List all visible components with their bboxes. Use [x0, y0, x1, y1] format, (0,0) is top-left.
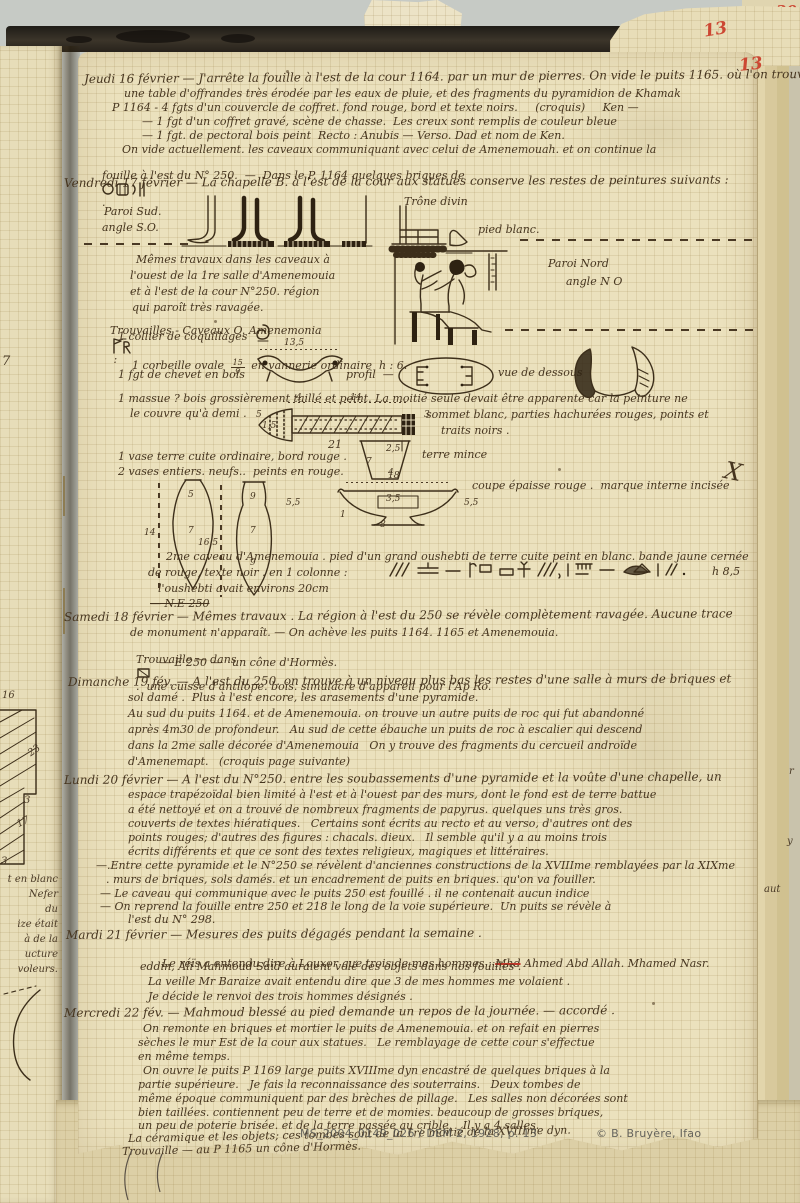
margin-fragment: à de la	[2, 934, 58, 945]
entry-line: partie supérieure. Je fais la reconnaiss…	[138, 1079, 581, 1091]
sketch-paroi-nord-figures	[392, 248, 507, 348]
scanned-journal-page: { "page": { "red_number_behind": "13", "…	[0, 0, 800, 1203]
entry-line: espace trapézoïdal bien limité à l'est e…	[128, 789, 656, 801]
entry-line: une table d'offrandes très érodée par le…	[124, 88, 681, 100]
entry-date-mercredi22: Mercredi 22 fév. — Mahmoud blessé au pie…	[64, 1004, 615, 1019]
margin-fragment: y	[787, 836, 793, 847]
entry-line: terre mince	[422, 449, 487, 461]
margin-fragment: r	[789, 766, 794, 777]
measure-value: 7	[188, 526, 194, 536]
entry-line: bien taillées. contiennent peu de terre …	[138, 1107, 603, 1119]
entry-line: de rouge, texte noir . en 1 colonne :	[148, 567, 347, 579]
sketch-paroi-sud-legs	[182, 196, 372, 251]
entry-line: a été nettoyé et on a trouvé de nombreux…	[128, 804, 622, 816]
entry-line: de monument n'apparaît. — On achève les …	[130, 627, 558, 639]
measure-value: 16,5	[198, 538, 218, 548]
entry-line: sèches le mur Est de la cour aux statues…	[138, 1037, 595, 1049]
entry-line: même époque communiquent par des brèches…	[138, 1093, 628, 1105]
margin-fragment: ucture	[2, 949, 58, 960]
sketch-shell	[254, 323, 272, 343]
margin-number: 7	[2, 354, 10, 369]
entry-date-dimanche19: Dimanche 19 fév. — A l'est du 250. on tr…	[68, 673, 731, 688]
entry-line: Je décide le renvoi des trois hommes dés…	[148, 991, 413, 1003]
sketch-margin-plan	[0, 698, 64, 876]
sketch-baseline-dashed	[84, 243, 196, 245]
sketch-baseline-dashed	[520, 239, 752, 241]
sketch-label-paroi-sud: Paroi Sud.	[104, 206, 162, 218]
margin-number: 3	[24, 795, 30, 806]
entry-line: 1 vase terre cuite ordinaire, bord rouge…	[118, 451, 347, 463]
entry-line: coupe épaisse rouge . marque interne inc…	[472, 480, 730, 492]
entry-line: dans la 2me salle décorée d'Amenemouia O…	[128, 740, 637, 752]
watermark-id: MS_2004_0149_026 / DEM 2, 1928, p. 13	[300, 1127, 537, 1140]
sketch-label-pied-blanc: pied blanc.	[478, 224, 539, 236]
entry-line: écrits différents et que ce sont des tex…	[128, 846, 549, 858]
measure-value: 2,5	[386, 444, 400, 454]
measure-value: 14	[144, 528, 155, 538]
margin-fragment: t en blanc	[2, 874, 58, 885]
entry-line: l'oushebti avait environs 20cm	[158, 583, 329, 595]
measure-value: 3,5	[386, 494, 400, 504]
entry-line: — 1 fgt d'un coffret gravé, scène de cha…	[142, 116, 617, 128]
hieroglyph-column-transcription-icon	[384, 560, 694, 580]
entry-line: l'est du N° 298.	[128, 914, 215, 926]
entry-line: eddin, Ali Mahmoud Saïd auraient volé de…	[140, 961, 521, 973]
sketch-label-angle-no: angle N O	[566, 276, 622, 288]
entry-date-mardi21: Mardi 21 février — Mesures des puits dég…	[66, 927, 482, 941]
margin-number: 3	[1, 856, 7, 867]
sketch-chevet-dessous	[396, 355, 496, 397]
entry-line: — Le caveau qui communique avec le puits…	[100, 888, 589, 900]
margin-fragment: du	[2, 904, 58, 915]
measure-value: h 8,5	[712, 566, 740, 578]
measure-value: 7	[366, 457, 372, 467]
entry-line: On vide actuellement. les caveaux commun…	[122, 144, 656, 156]
sketch-label-paroi-nord: Paroi Nord	[548, 258, 609, 270]
entry-line: Au sud du puits 1164. et de Amenemouia. …	[128, 708, 644, 720]
entry-line: profil —	[346, 369, 394, 381]
content-overlay: 13 13 Jeudi 16 février — J'arrête la fou…	[0, 0, 800, 1203]
sketch-chevet-profil	[256, 351, 344, 391]
entry-line: sommet blanc, parties hachurées rouges, …	[426, 409, 709, 421]
margin-fragment: Nefer	[2, 889, 58, 900]
sketch-coupe	[336, 484, 460, 532]
margin-fragment: ize était	[2, 919, 58, 930]
entry-line: l'ouest de la 1re salle d'Amenemouia	[130, 270, 335, 282]
entry-text: Ahmed Abd Allah. Mhamed Nasr.	[521, 957, 710, 970]
entry-line: sol damé . Plus à l'est encore, les aras…	[128, 692, 478, 704]
entry-text: :	[110, 353, 117, 366]
entry-line: Mêmes travaux dans les caveaux à	[136, 254, 330, 266]
measure-line	[260, 349, 340, 350]
entry-line: On remonte en briques et mortier le puit…	[143, 1023, 599, 1035]
entry-line: . murs de briques, sols damés. et un enc…	[106, 874, 596, 886]
entry-line: —.Entre cette pyramide et le N°250 se ré…	[96, 860, 735, 872]
red-folio-behind: 13	[702, 18, 729, 42]
page-curl-marks	[118, 1148, 188, 1202]
measure-value: 5	[188, 490, 194, 500]
entry-line: 1 fgt de chevet en bois	[118, 369, 245, 381]
measure-line	[220, 485, 222, 597]
entry-line: points rouges; d'autres des figures : ch…	[128, 832, 607, 844]
entry-date-samedi18: Samedi 18 février — Mêmes travaux . La r…	[64, 607, 733, 623]
entry-line-struck: — N.E 250	[150, 598, 209, 610]
measure-value: 14	[350, 393, 361, 403]
entry-line: le couvre qu'à demi .	[130, 408, 247, 420]
sketch-margin-curve	[0, 984, 60, 1084]
measure-value: 18	[388, 471, 399, 481]
entry-line: couverts de textes hiératiques. Certains…	[128, 818, 632, 830]
entry-line: d'Amenemapt. (croquis page suivante)	[128, 756, 350, 768]
entry-line: — 1 fgt. de pectoral bois peint Recto : …	[142, 130, 565, 142]
entry-line: La veille Mr Baraize avait entendu dire …	[148, 976, 570, 988]
margin-fragment: voleurs.	[2, 964, 58, 975]
entry-line: — E 250 — un cône d'Hormès.	[160, 657, 337, 669]
measure-value: 5,5	[464, 498, 478, 508]
entry-line: P 1164 - 4 fgts d'un couvercle de coffre…	[112, 102, 639, 114]
measure-value: 8	[380, 520, 386, 530]
sketch-baseline-dashed	[505, 329, 760, 331]
margin-fragment: aut	[764, 884, 780, 895]
entry-line: et à l'est de la cour N°250. région	[130, 286, 320, 298]
measure-value: 7	[250, 526, 256, 536]
entry-date-vendredi17: Vendredi 17 février — La chapelle B. à l…	[64, 174, 729, 189]
entry-line: 2 vases entiers. neufs.. peints en rouge…	[118, 466, 344, 478]
entry-line: après 4m30 de profondeur. Au sud de cett…	[128, 724, 642, 736]
entry-date-jeudi16: Jeudi 16 février — J'arrête la fouille à…	[84, 68, 800, 85]
watermark-credit: © B. Bruyère, Ifao	[596, 1127, 701, 1140]
measure-line	[346, 482, 450, 483]
entry-line: traits noirs .	[441, 425, 509, 437]
measure-value: 13,5	[284, 338, 304, 348]
measure-value: 1	[340, 510, 346, 520]
incised-mark-x: X	[724, 464, 743, 479]
measure-value: 5,5	[286, 498, 300, 508]
entry-line: On ouvre le puits P 1169 large puits XVI…	[143, 1065, 610, 1077]
entry-line: — On reprend la fouille entre 250 et 218…	[100, 901, 611, 913]
measure-value: 4	[296, 393, 302, 403]
entry-line: en même temps.	[138, 1051, 230, 1063]
entry-date-lundi20: Lundi 20 février — A l'est du N°250. ent…	[64, 771, 722, 786]
sketch-label-angle-so: angle S.O.	[102, 222, 159, 234]
entry-line: 1 collier de coquillages	[118, 331, 247, 343]
measure-value: 9	[250, 492, 256, 502]
